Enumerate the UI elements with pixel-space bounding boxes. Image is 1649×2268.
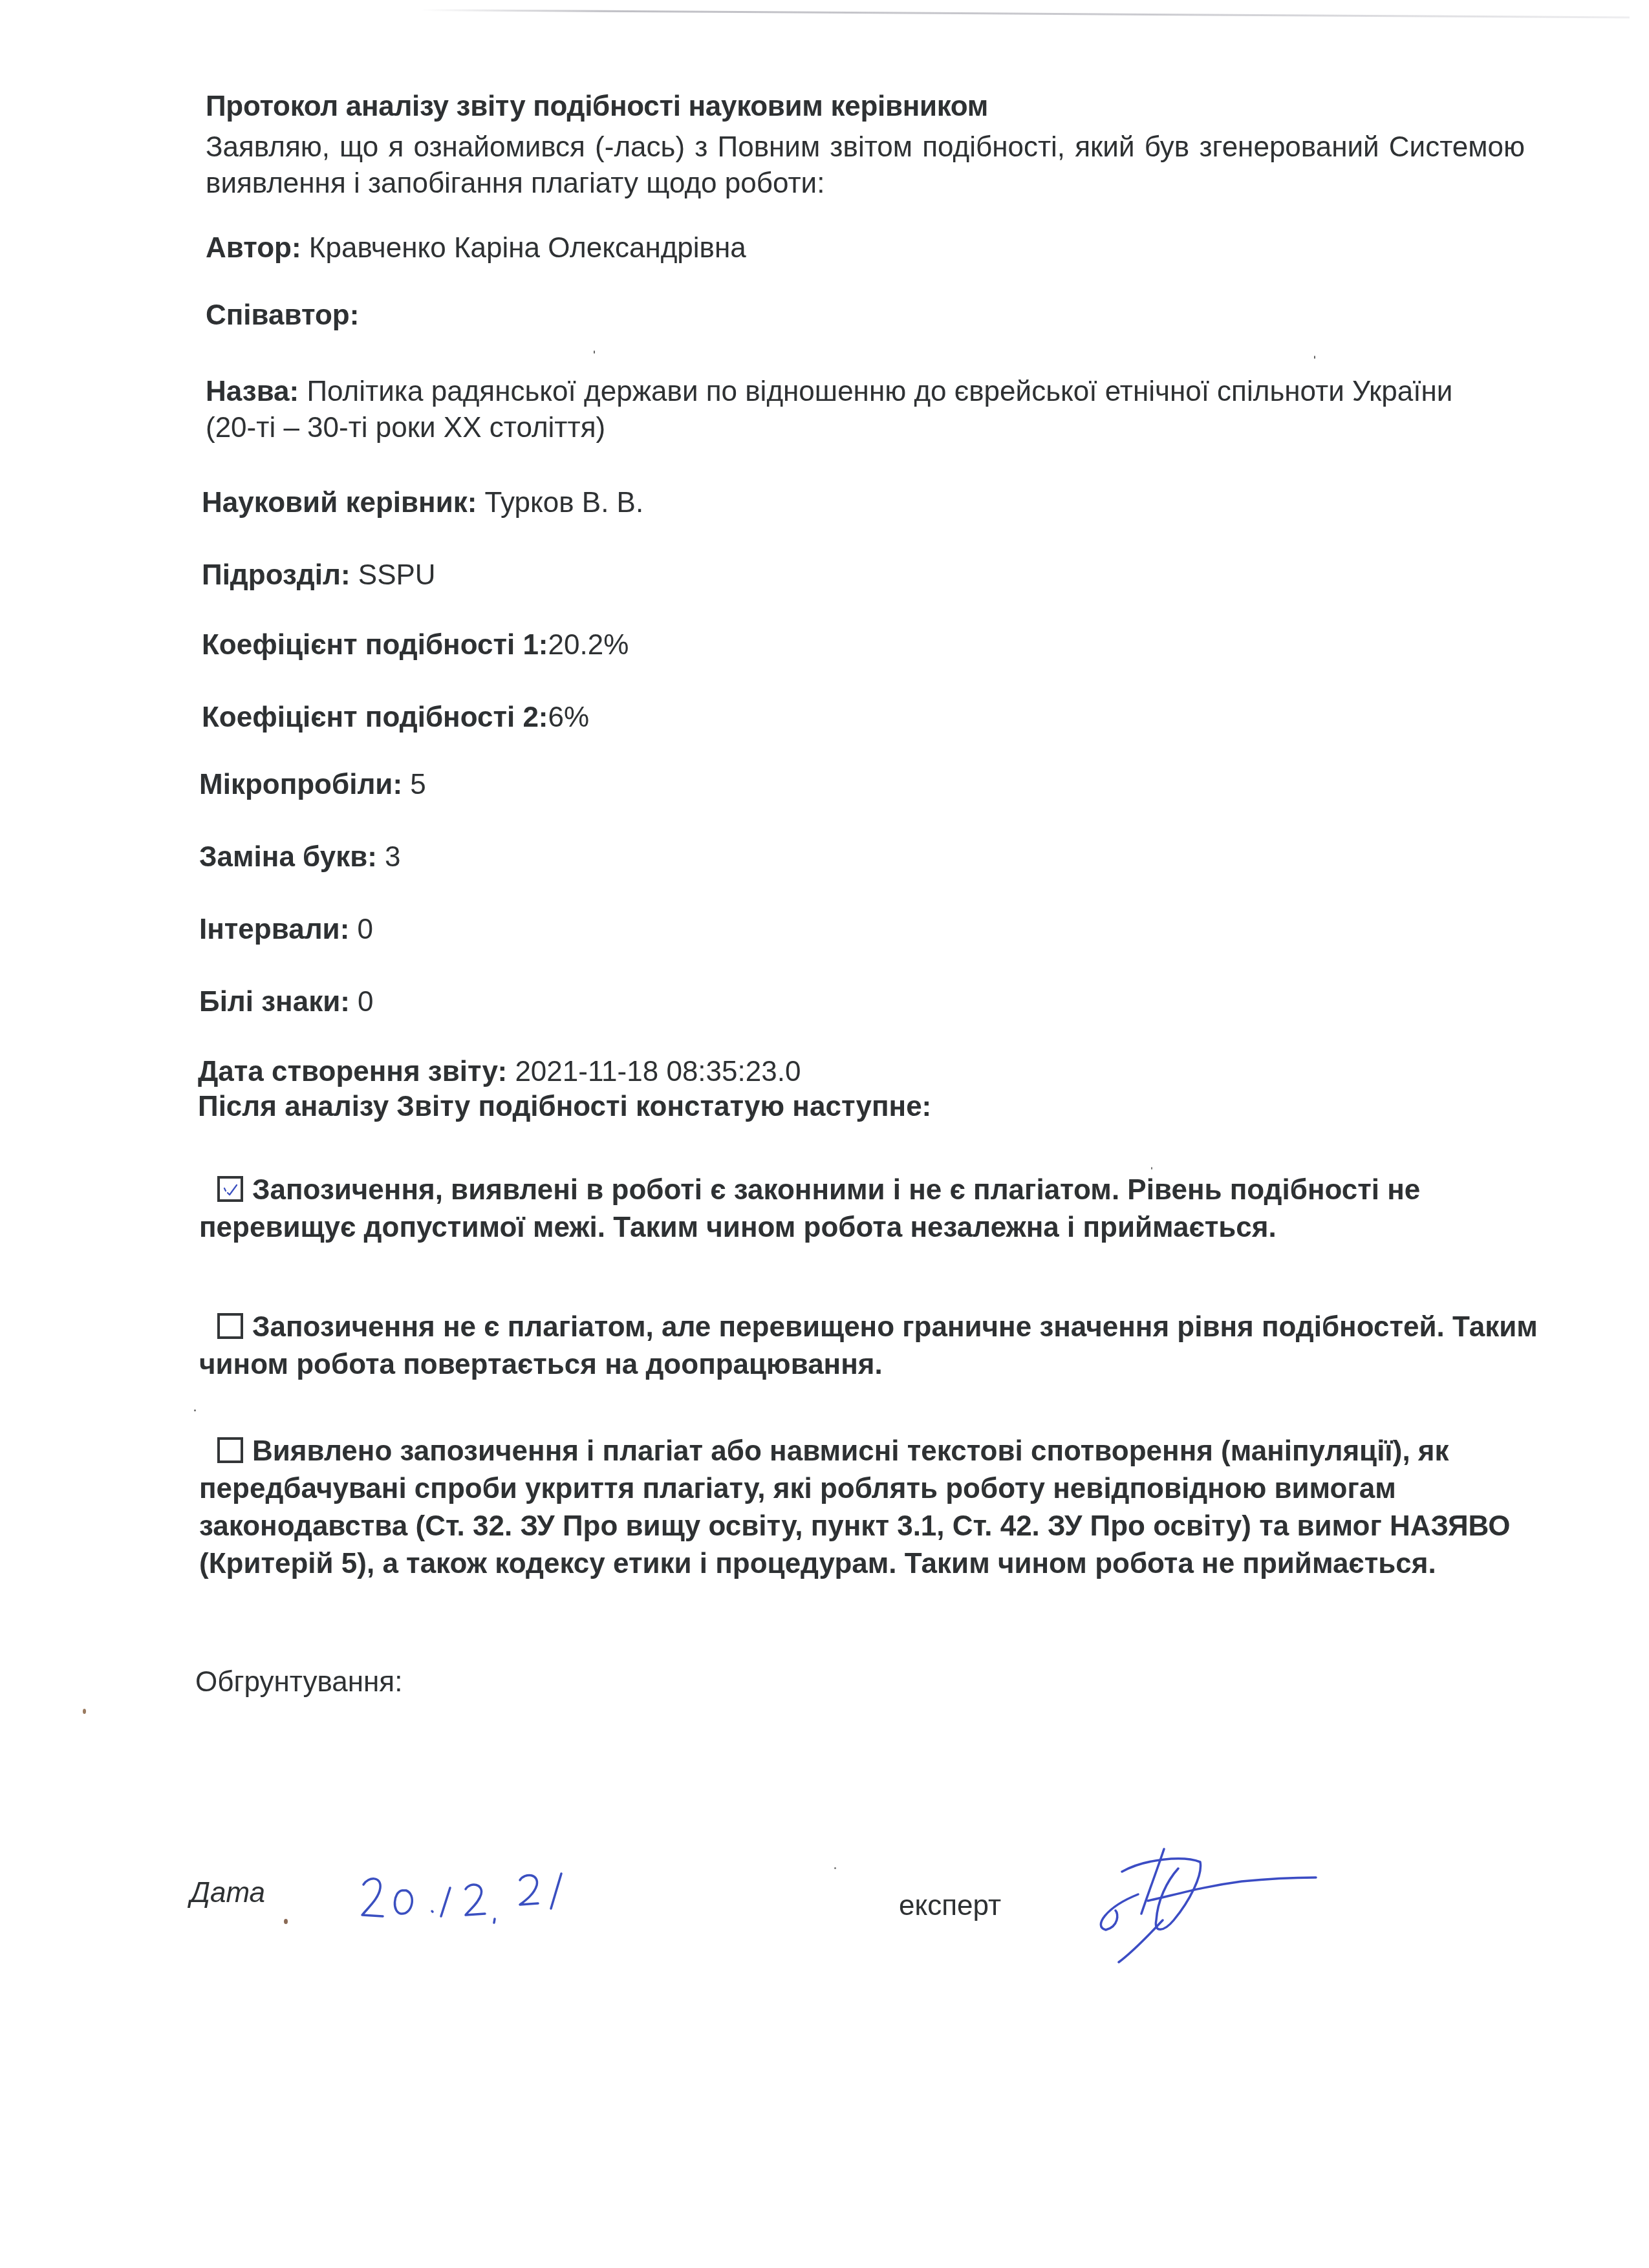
- field-label: Підрозділ:: [202, 559, 350, 591]
- field-label: Автор:: [206, 232, 301, 264]
- field-label: Співавтор:: [206, 299, 359, 331]
- option-text: Виявлено запозичення і плагіат або навми…: [199, 1435, 1510, 1579]
- field-microspaces: Мікропробіли: 5: [199, 767, 426, 803]
- field-value: Турков В. В.: [477, 487, 643, 519]
- field-value: 3: [377, 841, 401, 873]
- option-plagiarism-detected: Виявлено запозичення і плагіат або навми…: [199, 1433, 1544, 1583]
- field-value: 20.2%: [548, 629, 629, 661]
- field-author: Автор: Кравченко Каріна Олександрівна: [206, 230, 746, 266]
- field-value: Політика радянської держави по відношенн…: [206, 376, 1452, 444]
- field-value: Кравченко Каріна Олександрівна: [301, 232, 746, 264]
- field-label: Білі знаки:: [199, 986, 350, 1018]
- date-label: Дата: [190, 1875, 265, 1911]
- field-label: Заміна букв:: [199, 841, 377, 873]
- field-label: Науковий керівник:: [202, 487, 477, 519]
- field-label: Дата створення звіту:: [198, 1056, 507, 1087]
- field-value: 0: [349, 914, 373, 945]
- document-title: Протокол аналізу звіту подібності науков…: [206, 91, 988, 123]
- field-letter-replacement: Заміна букв: 3: [199, 839, 401, 875]
- handwritten-date-icon: [272, 1862, 621, 1933]
- field-value: SSPU: [350, 559, 436, 591]
- checkmark-icon: [222, 1182, 239, 1197]
- checkbox-unchecked[interactable]: [217, 1313, 243, 1339]
- scan-speck: [1151, 1167, 1152, 1170]
- scan-speck: [194, 1409, 196, 1411]
- scan-speck: [834, 1867, 836, 1869]
- field-value: 5: [402, 769, 426, 800]
- field-label: Коефіцієнт подібності 1:: [202, 629, 548, 661]
- field-work-title: Назва: Політика радянської держави по ві…: [206, 374, 1499, 446]
- field-coauthor: Співавтор:: [206, 297, 359, 334]
- field-value: 2021-11-18 08:35:23.0: [507, 1056, 801, 1087]
- field-value: 6%: [548, 701, 590, 733]
- field-supervisor: Науковий керівник: Турков В. В.: [202, 485, 643, 521]
- field-intervals: Інтервали: 0: [199, 912, 373, 948]
- option-legal-borrowing: Запозичення, виявлені в роботі є законни…: [199, 1171, 1544, 1246]
- field-similarity-coefficient-1: Коефіцієнт подібності 1:20.2%: [202, 627, 629, 663]
- field-label: Інтервали:: [199, 914, 349, 945]
- scanned-document-page: Протокол аналізу звіту подібності науков…: [0, 0, 1649, 2268]
- field-department: Підрозділ: SSPU: [202, 557, 436, 594]
- option-text: Запозичення, виявлені в роботі є законни…: [199, 1174, 1420, 1243]
- justification-label: Обгрунтування:: [195, 1664, 402, 1700]
- field-similarity-coefficient-2: Коефіцієнт подібності 2:6%: [202, 700, 589, 736]
- option-exceeded-threshold: Запозичення не є плагіатом, але перевище…: [199, 1309, 1544, 1384]
- expert-label: експерт: [899, 1888, 1001, 1924]
- scan-artifact-line: [420, 9, 1630, 18]
- signature-icon: [1009, 1823, 1371, 1972]
- field-value: 0: [350, 986, 374, 1018]
- checkbox-checked[interactable]: [217, 1176, 243, 1202]
- scan-speck: [594, 350, 595, 354]
- option-text: Запозичення не є плагіатом, але перевище…: [199, 1311, 1538, 1380]
- field-label: Назва:: [206, 376, 299, 407]
- conclusion-heading: Після аналізу Звіту подібності констатую…: [198, 1089, 931, 1125]
- scan-speck: [1314, 356, 1315, 359]
- field-report-creation-date: Дата створення звіту: 2021-11-18 08:35:2…: [198, 1054, 801, 1090]
- checkbox-unchecked[interactable]: [217, 1437, 243, 1463]
- scan-speck: [83, 1709, 86, 1714]
- field-white-characters: Білі знаки: 0: [199, 984, 374, 1020]
- intro-paragraph: Заявляю, що я ознайомився (-лась) з Повн…: [206, 129, 1525, 202]
- field-label: Коефіцієнт подібності 2:: [202, 701, 548, 733]
- field-label: Мікропробіли:: [199, 769, 402, 800]
